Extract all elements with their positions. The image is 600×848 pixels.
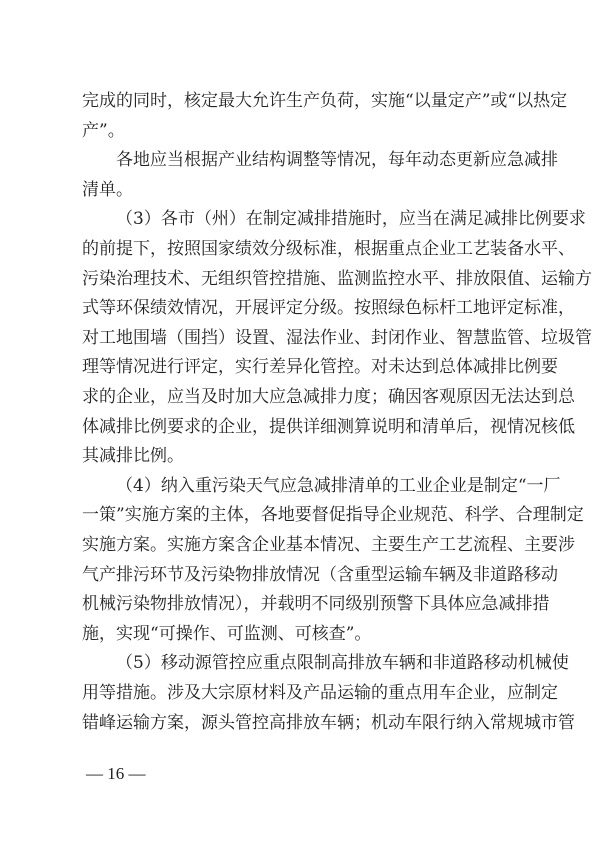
text-line: 机械污染物排放情况），并载明不同级别预警下具体应急减排措: [82, 593, 522, 615]
text-line: 各地应当根据产业结构调整等情况，每年动态更新应急减排: [116, 149, 522, 171]
text-line: 完成的同时，核定最大允许生产负荷，实施“以量定产”或“以热定: [82, 90, 522, 112]
page-number: — 16 —: [86, 764, 146, 784]
text-line: 施，实现“可操作、可监测、可核查”。: [82, 623, 522, 645]
text-line: 实施方案。实施方案含企业基本情况、主要生产工艺流程、主要涉: [82, 534, 522, 556]
text-line: 理等情况进行评定，实行差异化管控。对未达到总体减排比例要: [82, 356, 522, 378]
text-line: 气产排污环节及污染物排放情况（含重型运输车辆及非道路移动: [82, 564, 522, 586]
text-line: 产”。: [82, 120, 522, 142]
text-line: 的前提下，按照国家绩效分级标准，根据重点企业工艺装备水平、: [82, 238, 522, 260]
text-line: 清单。: [82, 179, 522, 201]
text-line: （3）各市（州）在制定减排措施时，应当在满足减排比例要求: [116, 208, 522, 230]
text-line: 错峰运输方案，源头管控高排放车辆；机动车限行纳入常规城市管: [82, 712, 522, 734]
text-line: 体减排比例要求的企业，提供详细测算说明和清单后，视情况核低: [82, 416, 522, 438]
text-line: 污染治理技术、无组织管控措施、监测监控水平、排放限值、运输方: [82, 268, 522, 290]
document-page: 完成的同时，核定最大允许生产负荷，实施“以量定产”或“以热定产”。各地应当根据产…: [0, 0, 600, 848]
text-line: 用等措施。涉及大宗原材料及产品运输的重点用车企业，应制定: [82, 682, 522, 704]
text-line: 对工地围墙（围挡）设置、湿法作业、封闭作业、智慧监管、垃圾管: [82, 327, 522, 349]
text-line: （4）纳入重污染天气应急减排清单的工业企业是制定“一厂: [116, 475, 522, 497]
text-line: （5）移动源管控应重点限制高排放车辆和非道路移动机械使: [116, 652, 522, 674]
text-line: 求的企业，应当及时加大应急减排力度；确因客观原因无法达到总: [82, 386, 522, 408]
text-line: 其减排比例。: [82, 445, 522, 467]
text-line: 式等环保绩效情况，开展评定分级。按照绿色标杆工地评定标准，: [82, 297, 522, 319]
text-line: 一策”实施方案的主体，各地要督促指导企业规范、科学、合理制定: [82, 504, 522, 526]
